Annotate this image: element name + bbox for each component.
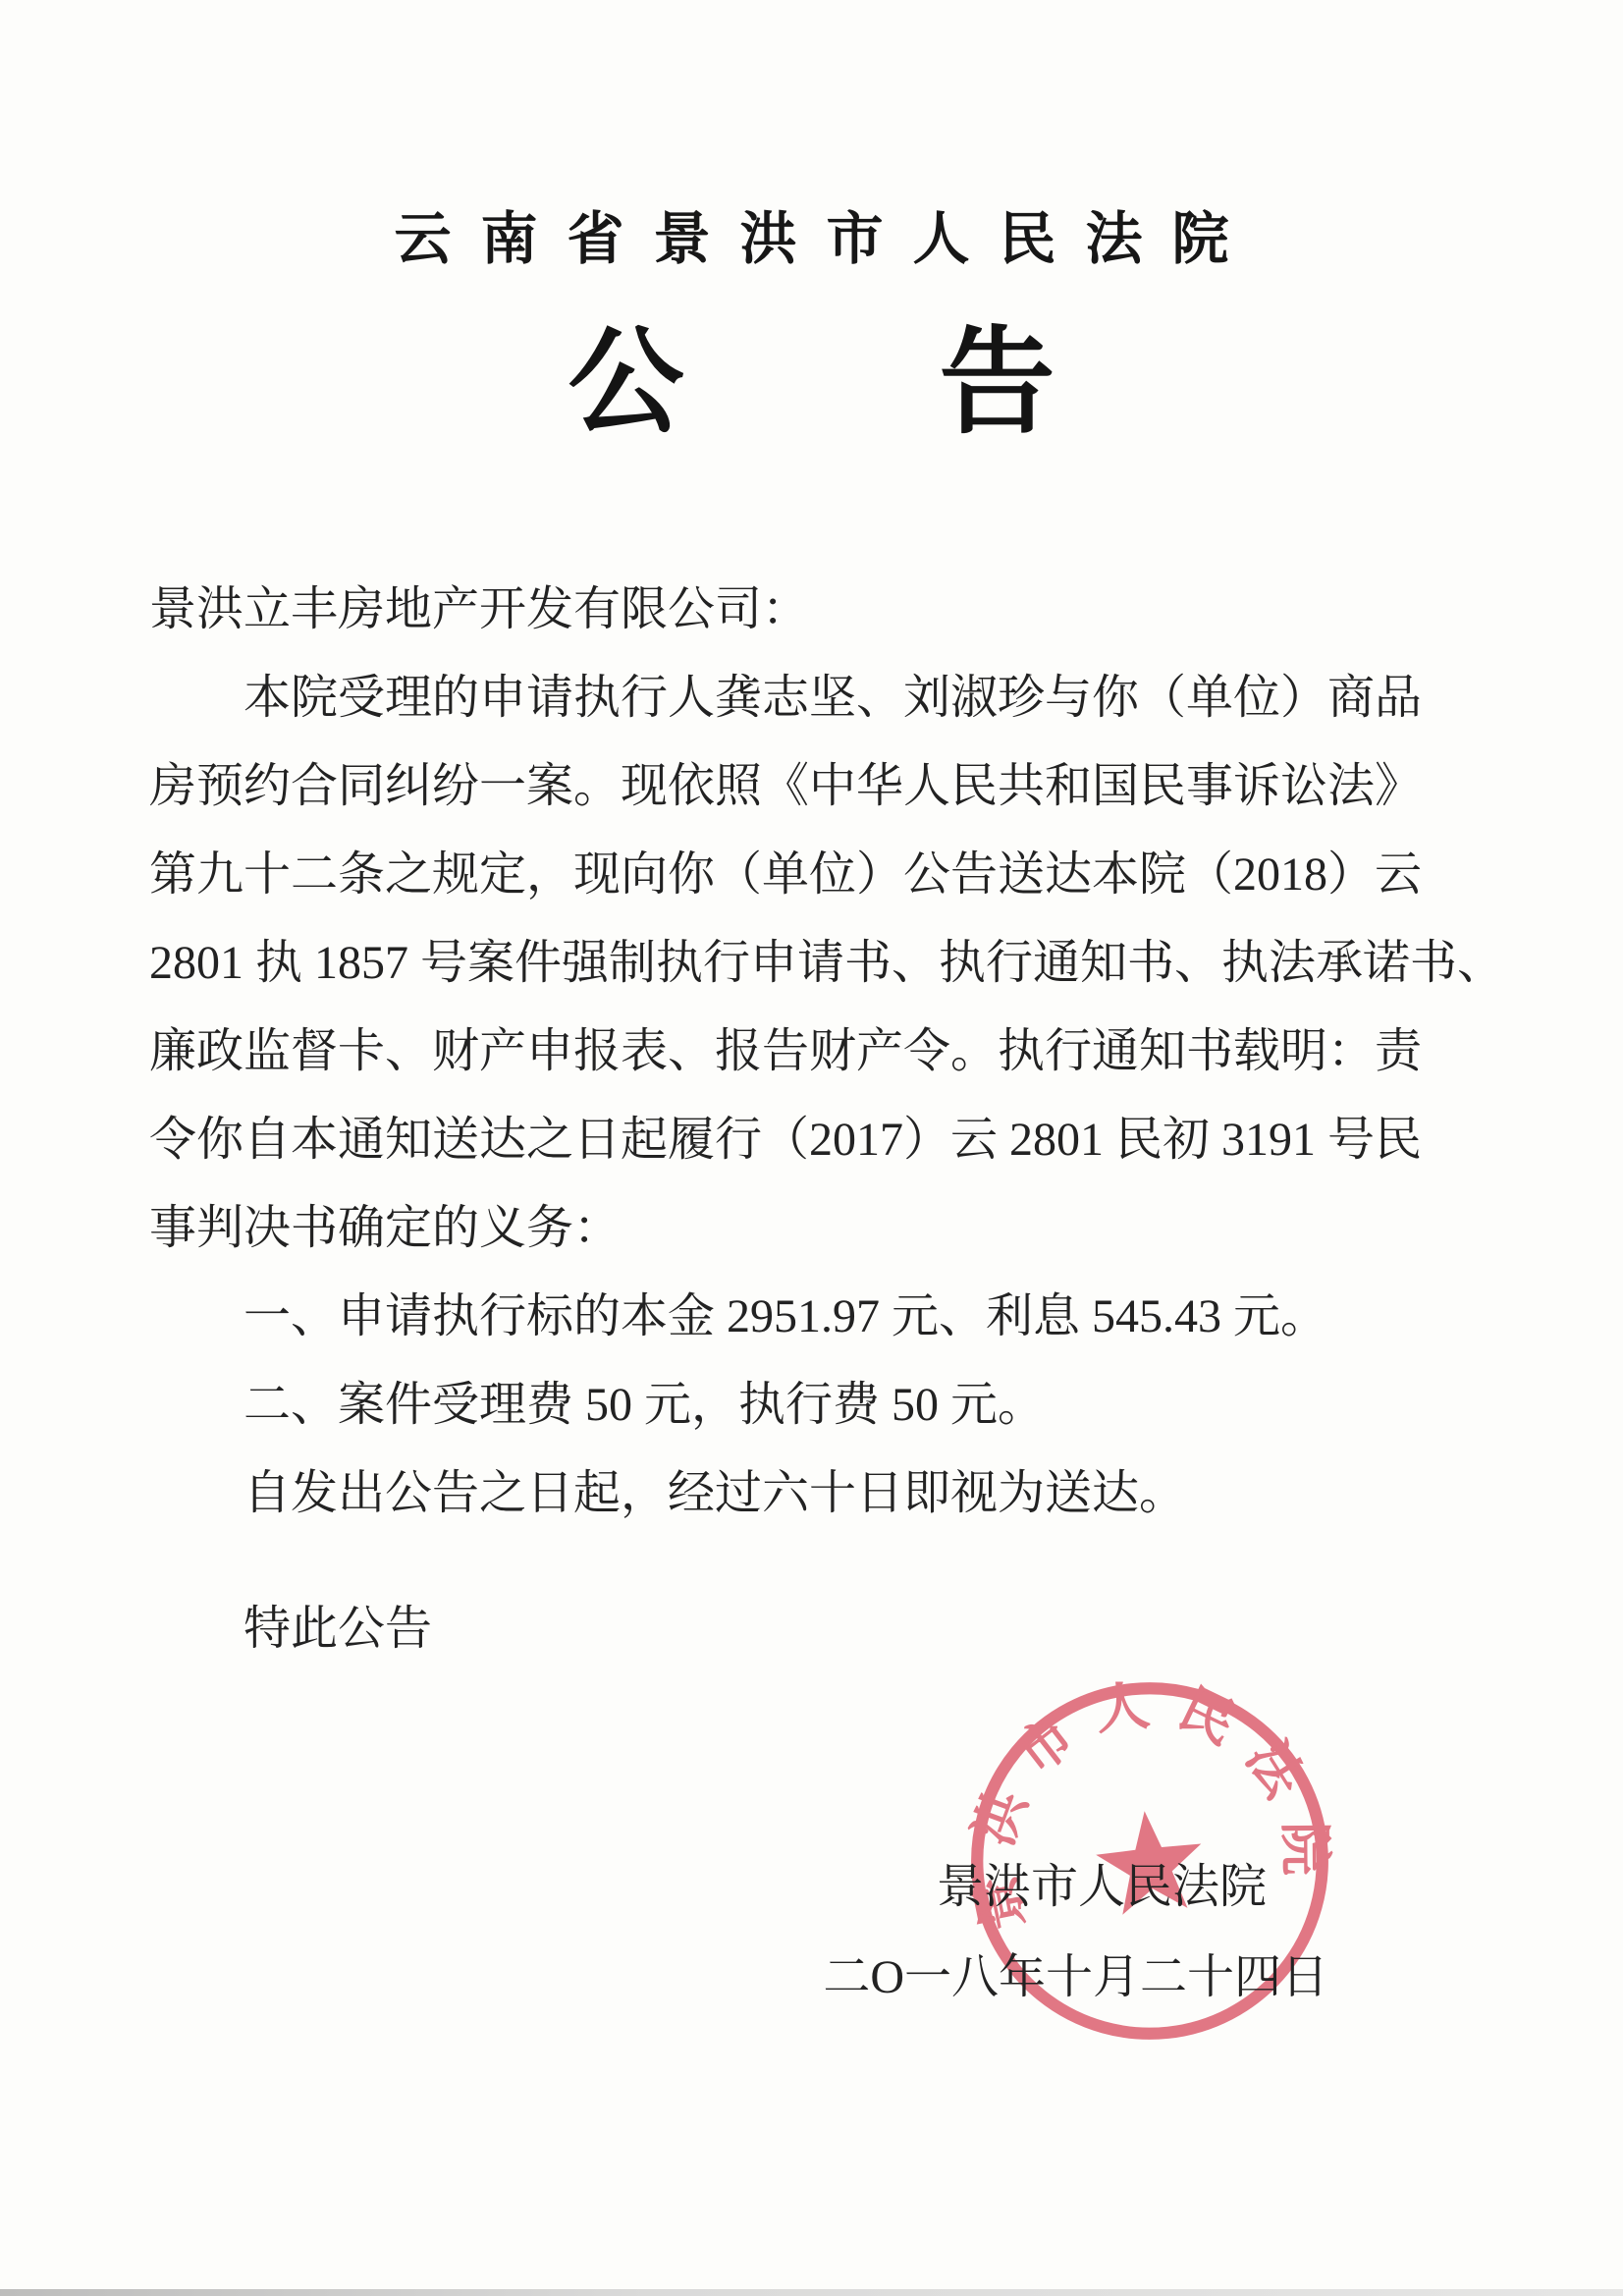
notice-title: 公告: [0, 289, 1623, 456]
body-line: 令你自本通知送达之日起履行（2017）云 2801 民初 3191 号民: [149, 1096, 1476, 1184]
body-line: 本院受理的申请执行人龚志坚、刘淑珍与你（单位）商品: [149, 654, 1476, 742]
notice-body: 景洪立丰房地产开发有限公司： 本院受理的申请执行人龚志坚、刘淑珍与你（单位）商品…: [149, 566, 1476, 2023]
body-line: 2801 执 1857 号案件强制执行申请书、执行通知书、执法承诺书、: [149, 919, 1476, 1008]
addressee-line: 景洪立丰房地产开发有限公司：: [149, 566, 1476, 654]
obligation-item-2: 二、案件受理费 50 元，执行费 50 元。: [149, 1361, 1476, 1449]
body-line: 廉政监督卡、财产申报表、报告财产令。执行通知书载明：责: [149, 1008, 1476, 1096]
signature-date: 二O一八年十月二十四日: [149, 1933, 1476, 2023]
court-name-header: 云南省景洪市人民法院: [0, 192, 1623, 275]
signature-court-name: 景洪市人民法院: [149, 1842, 1476, 1933]
body-line: 房预约合同纠纷一案。现依照《中华人民共和国民事诉讼法》: [149, 742, 1476, 831]
body-line: 第九十二条之规定，现向你（单位）公告送达本院（2018）云: [149, 831, 1476, 919]
service-period-line: 自发出公告之日起，经过六十日即视为送达。: [149, 1449, 1476, 1538]
scan-edge-artifact: [0, 2289, 1623, 2296]
obligation-item-1: 一、申请执行标的本金 2951.97 元、利息 545.43 元。: [149, 1273, 1476, 1361]
closing-phrase: 特此公告: [149, 1585, 1476, 1673]
court-notice-document: 云南省景洪市人民法院 公告 景洪立丰房地产开发有限公司： 本院受理的申请执行人龚…: [0, 0, 1623, 2296]
body-line: 事判决书确定的义务：: [149, 1184, 1476, 1273]
signature-block: 景洪市人民法院 二O一八年十月二十四日: [149, 1842, 1476, 2023]
